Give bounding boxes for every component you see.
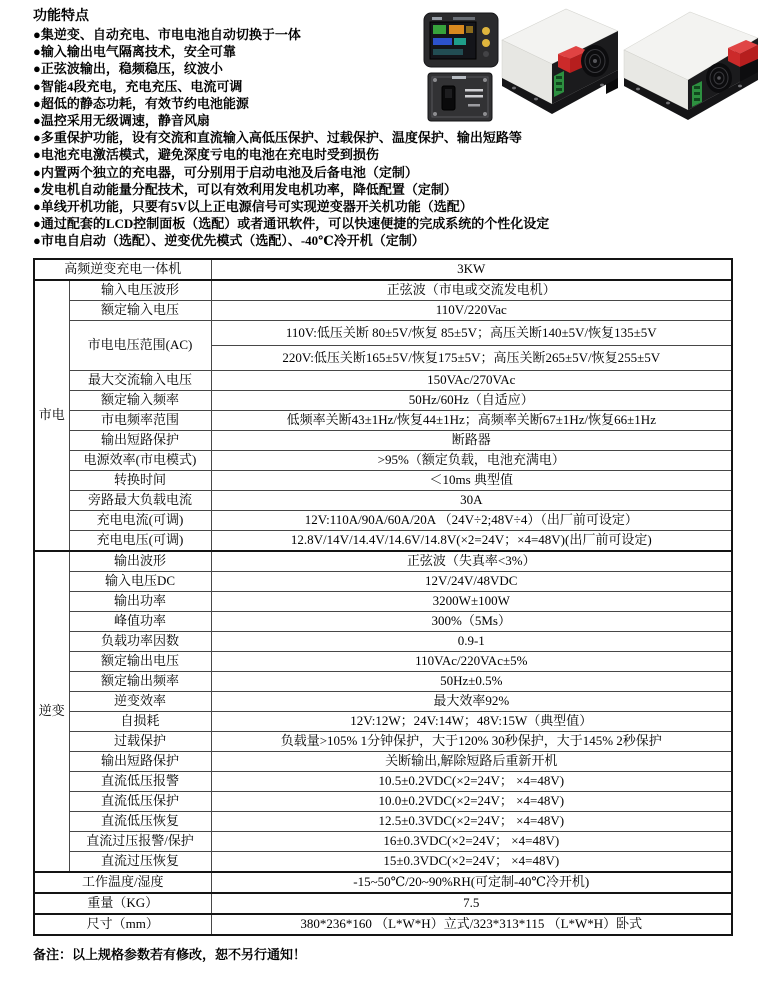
param-label: 转换时间	[69, 471, 211, 491]
param-label: 旁路最大负载电流	[69, 491, 211, 511]
param-value: 低频率关断43±1Hz/恢复44±1Hz；高频率关断67±1Hz/恢复66±1H…	[211, 411, 732, 431]
param-value: 12.5±0.3VDC(×2=24V； ×4=48V)	[211, 812, 732, 832]
table-row: 旁路最大负载电流 30A	[34, 491, 732, 511]
table-row: 工作温度/湿度 -15~50℃/20~90%RH(可定制-40℃冷开机)	[34, 872, 732, 893]
param-value: 110V/220Vac	[211, 301, 732, 321]
table-row: 重量（KG） 7.5	[34, 893, 732, 914]
param-value: 12.8V/14V/14.4V/14.6V/14.8V(×2=24V；×4=48…	[211, 531, 732, 552]
param-label: 自损耗	[69, 712, 211, 732]
param-label: 最大交流输入电压	[69, 371, 211, 391]
param-value: 10.0±0.2VDC(×2=24V； ×4=48V)	[211, 792, 732, 812]
param-value: 12V:12W；24V:14W；48V:15W（典型值）	[211, 712, 732, 732]
param-label: 直流低压保护	[69, 792, 211, 812]
param-label: 工作温度/湿度	[34, 872, 211, 893]
param-label: 峰值功率	[69, 612, 211, 632]
table-row: 尺寸（mm） 380*236*160 （L*W*H）立式/323*313*115…	[34, 914, 732, 935]
table-row: 过载保护 负载量>105% 1分钟保护，大于120% 30秒保护，大于145% …	[34, 732, 732, 752]
table-row: 直流低压保护 10.0±0.2VDC(×2=24V； ×4=48V)	[34, 792, 732, 812]
table-row: 负载功率因数 0.9-1	[34, 632, 732, 652]
table-row: 直流过压恢复 15±0.3VDC(×2=24V； ×4=48V)	[34, 852, 732, 873]
param-label: 额定输入电压	[69, 301, 211, 321]
spec-table: 高频逆变充电一体机 3KW 市电 输入电压波形 正弦波（市电或交流发电机） 额定…	[33, 258, 733, 936]
param-value: 30A	[211, 491, 732, 511]
param-value: 300%（5Ms）	[211, 612, 732, 632]
param-value: 10.5±0.2VDC(×2=24V； ×4=48V)	[211, 772, 732, 792]
table-row: 输出短路保护 关断输出,解除短路后重新开机	[34, 752, 732, 772]
param-value: 7.5	[211, 893, 732, 914]
table-row: 直流低压恢复 12.5±0.3VDC(×2=24V； ×4=48V)	[34, 812, 732, 832]
table-row: 逆变 输出波形 正弦波（失真率<3%）	[34, 551, 732, 572]
param-label: 充电电压(可调)	[69, 531, 211, 552]
param-value: 正弦波（失真率<3%）	[211, 551, 732, 572]
feature-item: ●多重保护功能，设有交流和直流输入高低压保护、过载保护、温度保护、输出短路等	[33, 129, 733, 146]
param-value: 110VAc/220VAc±5%	[211, 652, 732, 672]
table-row: 输出功率 3200W±100W	[34, 592, 732, 612]
table-row: 直流低压报警 10.5±0.2VDC(×2=24V； ×4=48V)	[34, 772, 732, 792]
param-label: 输出短路保护	[69, 431, 211, 451]
param-label: 尺寸（mm）	[34, 914, 211, 935]
param-label: 高频逆变充电一体机	[34, 259, 211, 280]
table-row: 峰值功率 300%（5Ms）	[34, 612, 732, 632]
inverter-flat-image	[620, 4, 761, 126]
param-label: 直流过压报警/保护	[69, 832, 211, 852]
table-row: 转换时间 ＜10ms 典型值	[34, 471, 732, 491]
product-photos	[418, 2, 761, 130]
section-label-inverter: 逆变	[34, 551, 69, 872]
table-row: 充电电流(可调) 12V:110A/90A/60A/20A （24V÷2;48V…	[34, 511, 732, 531]
param-label: 输出波形	[69, 551, 211, 572]
table-row: 市电频率范围 低频率关断43±1Hz/恢复44±1Hz；高频率关断67±1Hz/…	[34, 411, 732, 431]
param-value: 正弦波（市电或交流发电机）	[211, 280, 732, 301]
param-label: 充电电流(可调)	[69, 511, 211, 531]
param-value: 220V:低压关断165±5V/恢复175±5V；高压关断265±5V/恢复25…	[211, 346, 732, 371]
table-row: 额定输入电压 110V/220Vac	[34, 301, 732, 321]
param-value: 50Hz/60Hz（自适应）	[211, 391, 732, 411]
table-row: 电源效率(市电模式) >95%（额定负载，电池充满电）	[34, 451, 732, 471]
param-value: 关断输出,解除短路后重新开机	[211, 752, 732, 772]
param-value: 380*236*160 （L*W*H）立式/323*313*115 （L*W*H…	[211, 914, 732, 935]
param-value: 3KW	[211, 259, 732, 280]
param-label: 重量（KG）	[34, 893, 211, 914]
table-row: 逆变效率 最大效率92%	[34, 692, 732, 712]
section-label-mains: 市电	[34, 280, 69, 551]
param-label: 市电电压范围(AC)	[69, 321, 211, 371]
param-value: >95%（额定负载，电池充满电）	[211, 451, 732, 471]
param-value: 110V:低压关断 80±5V/恢复 85±5V；高压关断140±5V/恢复13…	[211, 321, 732, 346]
param-value: 最大效率92%	[211, 692, 732, 712]
param-label: 额定输出频率	[69, 672, 211, 692]
feature-item: ●单线开机功能，只要有5V以上正电源信号可实现逆变器开关机功能（选配）	[33, 198, 733, 215]
table-row: 输入电压DC 12V/24V/48VDC	[34, 572, 732, 592]
table-row: 输出短路保护 断路器	[34, 431, 732, 451]
table-row: 高频逆变充电一体机 3KW	[34, 259, 732, 280]
table-row: 充电电压(可调) 12.8V/14V/14.4V/14.6V/14.8V(×2=…	[34, 531, 732, 552]
param-value: 12V:110A/90A/60A/20A （24V÷2;48V÷4）（出厂前可设…	[211, 511, 732, 531]
param-value: -15~50℃/20~90%RH(可定制-40℃冷开机)	[211, 872, 732, 893]
param-label: 输出短路保护	[69, 752, 211, 772]
param-label: 输入电压DC	[69, 572, 211, 592]
feature-item: ●通过配套的LCD控制面板（选配）或者通讯软件，可以快速便捷的完成系统的个性化设…	[33, 215, 733, 232]
feature-item: ●发电机自动能量分配技术，可以有效利用发电机功率，降低配置（定制）	[33, 181, 733, 198]
param-label: 额定输出电压	[69, 652, 211, 672]
param-value: 15±0.3VDC(×2=24V； ×4=48V)	[211, 852, 732, 873]
param-label: 输出功率	[69, 592, 211, 612]
feature-item: ●市电自启动（选配）、逆变优先模式（选配）、-40℃冷开机（定制）	[33, 232, 733, 249]
lcd-remote-panel-image	[423, 12, 499, 68]
param-label: 直流过压恢复	[69, 852, 211, 873]
table-row: 直流过压报警/保护 16±0.3VDC(×2=24V； ×4=48V)	[34, 832, 732, 852]
param-label: 直流低压报警	[69, 772, 211, 792]
table-row: 市电 输入电压波形 正弦波（市电或交流发电机）	[34, 280, 732, 301]
feature-item: ●内置两个独立的充电器，可分别用于启动电池及后备电池（定制）	[33, 164, 733, 181]
param-value: 12V/24V/48VDC	[211, 572, 732, 592]
param-value: 3200W±100W	[211, 592, 732, 612]
feature-item: ●电池充电激活模式，避免深度亏电的电池在充电时受到损伤	[33, 146, 733, 163]
param-value: 150VAc/270VAc	[211, 371, 732, 391]
table-row: 额定输出频率 50Hz±0.5%	[34, 672, 732, 692]
param-value: 断路器	[211, 431, 732, 451]
param-label: 逆变效率	[69, 692, 211, 712]
param-value: 负载量>105% 1分钟保护，大于120% 30秒保护，大于145% 2秒保护	[211, 732, 732, 752]
param-value: ＜10ms 典型值	[211, 471, 732, 491]
switch-panel-image	[427, 72, 493, 122]
param-label: 负载功率因数	[69, 632, 211, 652]
param-label: 额定输入频率	[69, 391, 211, 411]
param-value: 16±0.3VDC(×2=24V； ×4=48V)	[211, 832, 732, 852]
param-label: 直流低压恢复	[69, 812, 211, 832]
param-value: 0.9-1	[211, 632, 732, 652]
table-row: 市电电压范围(AC) 110V:低压关断 80±5V/恢复 85±5V；高压关断…	[34, 321, 732, 346]
param-label: 电源效率(市电模式)	[69, 451, 211, 471]
inverter-upright-image	[492, 4, 622, 122]
table-row: 最大交流输入电压 150VAc/270VAc	[34, 371, 732, 391]
table-row: 自损耗 12V:12W；24V:14W；48V:15W（典型值）	[34, 712, 732, 732]
table-row: 额定输入频率 50Hz/60Hz（自适应）	[34, 391, 732, 411]
param-value: 50Hz±0.5%	[211, 672, 732, 692]
note-text: 备注：以上规格参数若有修改，恕不另行通知！	[33, 944, 306, 963]
param-label: 过载保护	[69, 732, 211, 752]
param-label: 输入电压波形	[69, 280, 211, 301]
table-row: 额定输出电压 110VAc/220VAc±5%	[34, 652, 732, 672]
param-label: 市电频率范围	[69, 411, 211, 431]
